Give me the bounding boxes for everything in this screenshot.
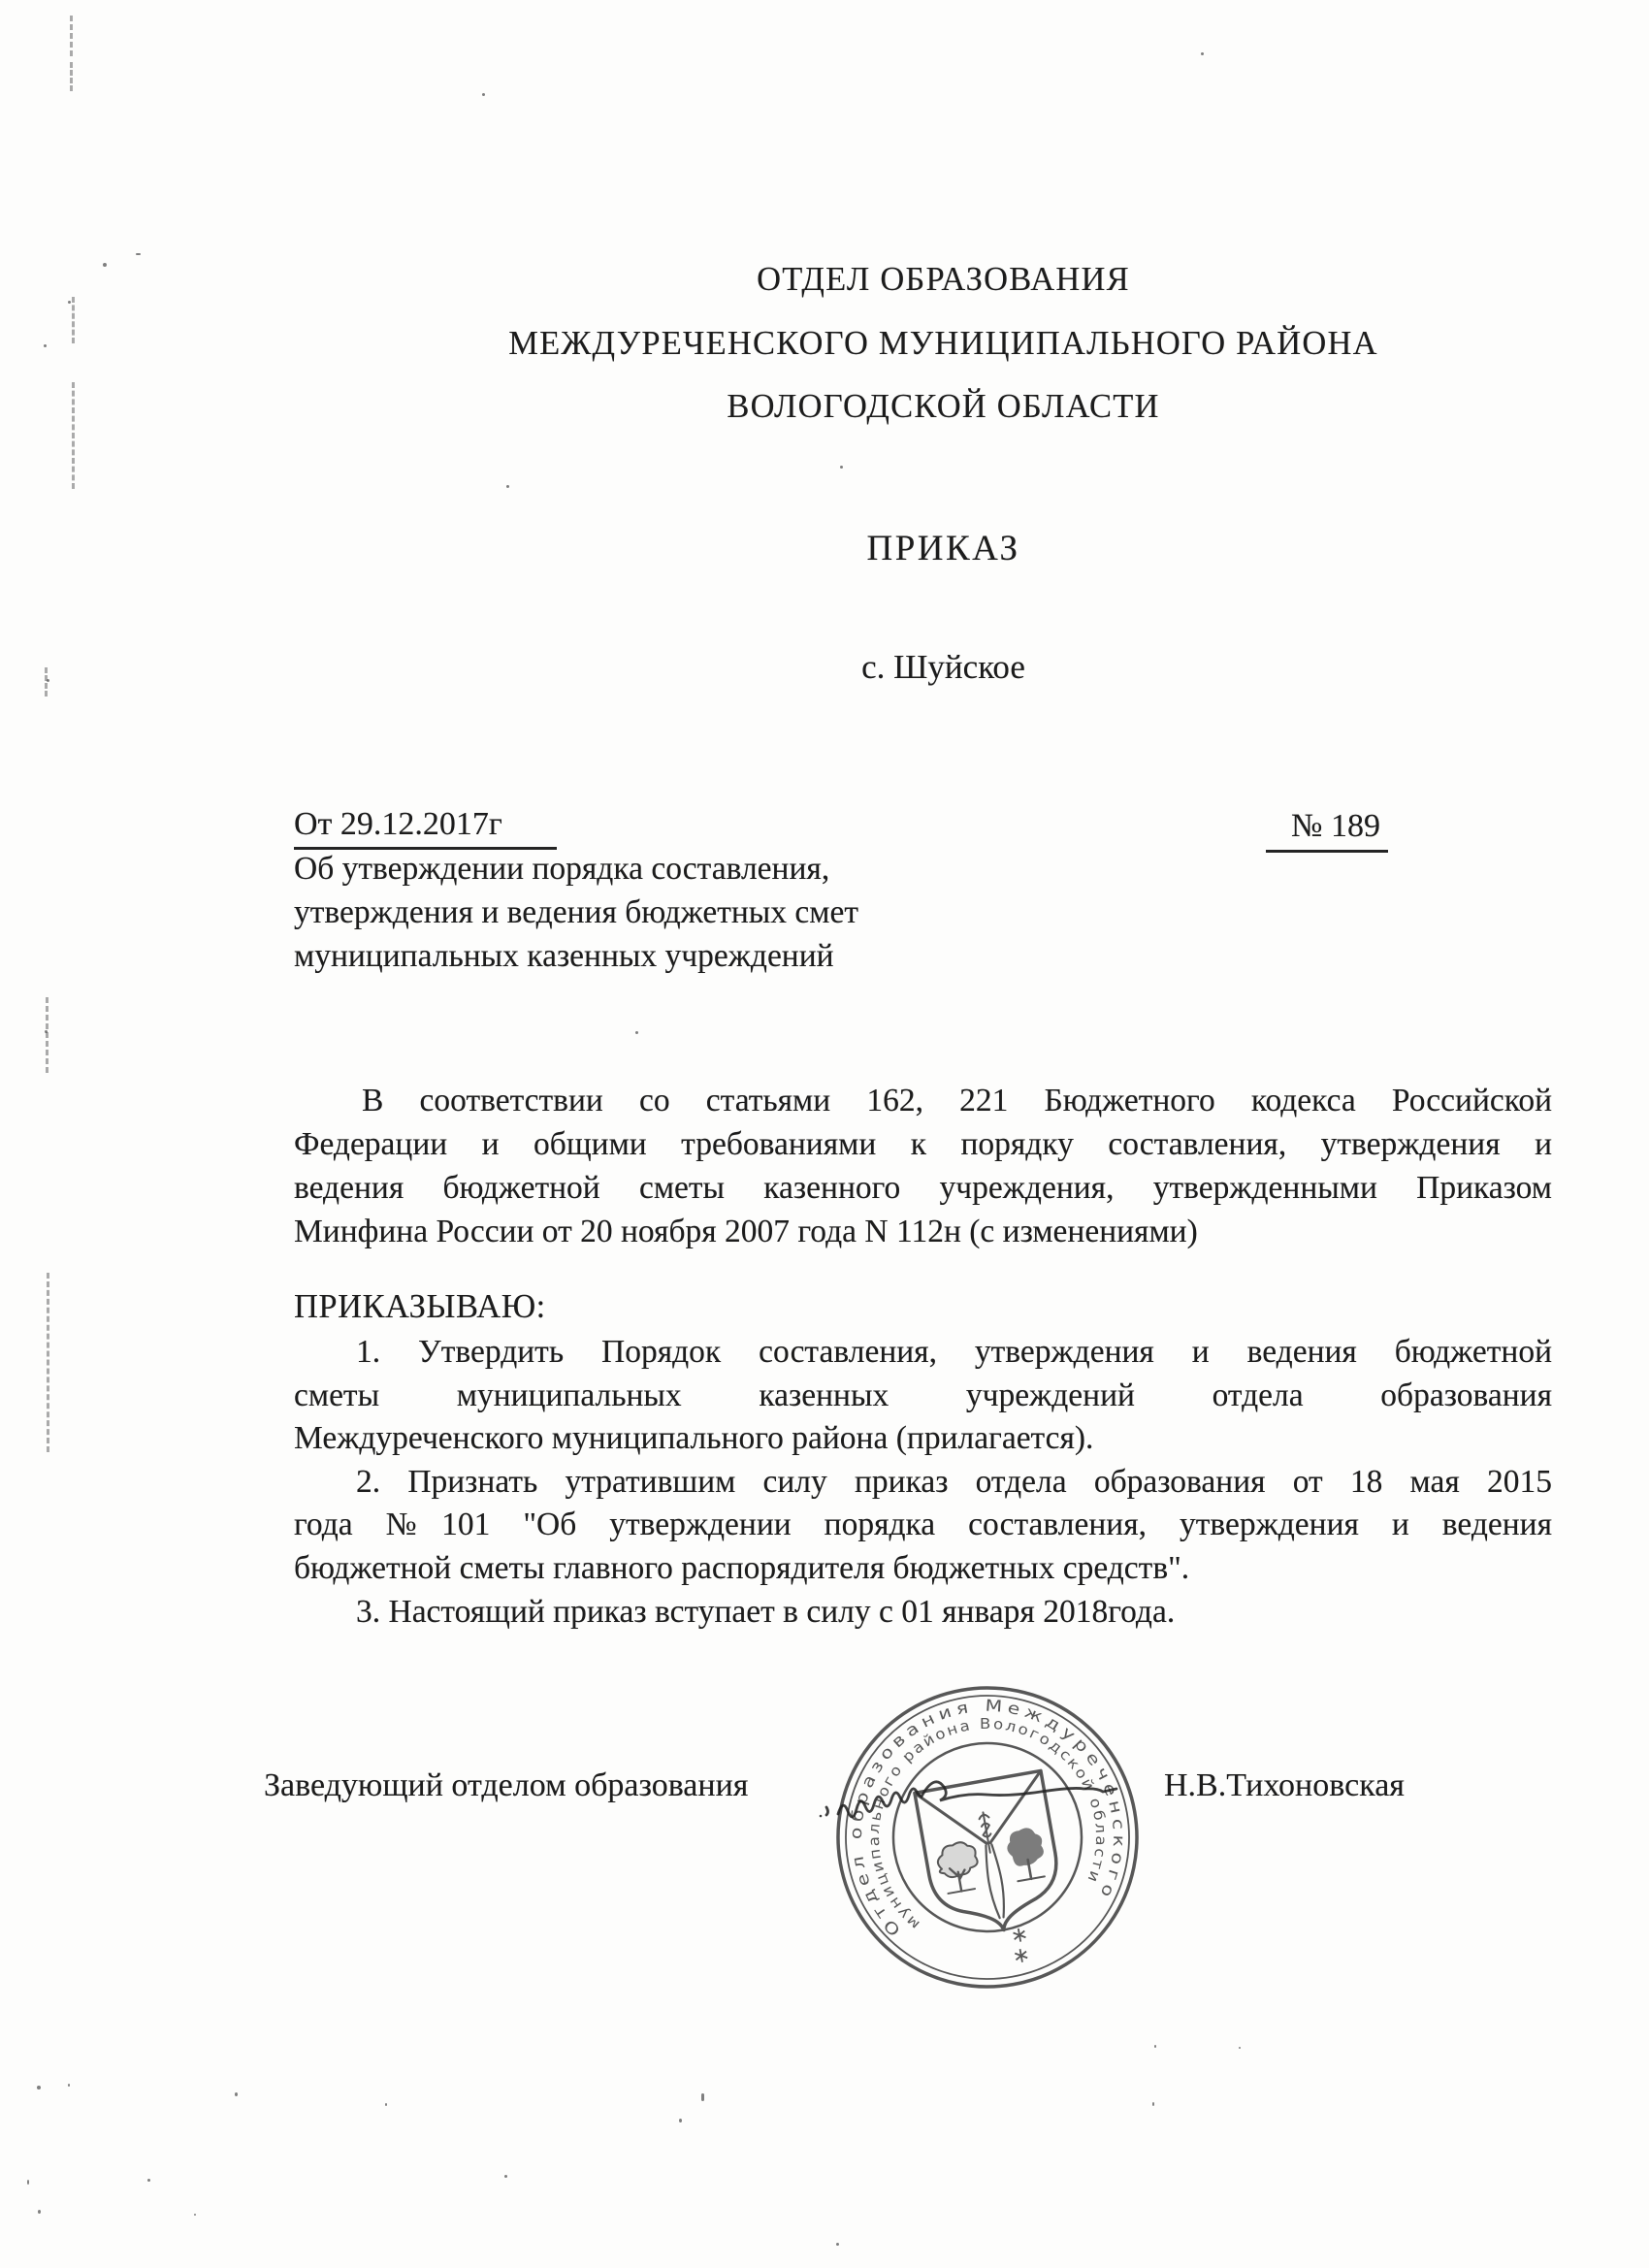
order-number: № 189 — [1266, 808, 1388, 853]
scan-margin-dash — [72, 297, 75, 343]
order-item-line: 2. Признать утратившим силу приказ отдел… — [294, 1461, 1552, 1505]
order-item-line: Междуреченского муниципального района (п… — [294, 1417, 1552, 1461]
scanned-document-page: ОТДЕЛ ОБРАЗОВАНИЯ МЕЖДУРЕЧЕНСКОГО МУНИЦИ… — [0, 0, 1649, 2268]
order-item-line: 3. Настоящий приказ вступает в силу с 01… — [294, 1591, 1552, 1635]
scan-speck — [482, 93, 485, 96]
scan-speck — [47, 679, 49, 682]
scan-speck — [235, 2092, 238, 2096]
scan-speck — [37, 2086, 41, 2090]
scan-speck — [1201, 52, 1204, 55]
order-item-line: 1. Утвердить Порядок составления, утверж… — [294, 1331, 1552, 1375]
order-items: 1. Утвердить Порядок составления, утверж… — [294, 1331, 1552, 1634]
scan-speck — [194, 2214, 196, 2216]
scan-speck — [68, 301, 71, 304]
header-line-2: МЕЖДУРЕЧЕНСКОГО МУНИЦИПАЛЬНОГО РАЙОНА — [291, 312, 1596, 376]
scan-speck — [679, 2119, 682, 2122]
header-line-3: ВОЛОГОДСКОЙ ОБЛАСТИ — [291, 375, 1596, 439]
place-line: с. Шуйское — [291, 648, 1596, 687]
scan-speck — [44, 344, 47, 347]
scan-speck — [103, 263, 107, 267]
scan-speck — [635, 1031, 638, 1034]
subject-line: утверждения и ведения бюджетных смет — [294, 891, 858, 934]
subject-line: Об утверждении порядка составления, — [294, 847, 858, 891]
scan-speck — [147, 2179, 150, 2182]
stamp-star: ∗ — [1011, 1942, 1032, 1969]
doc-type-title: ПРИКАЗ — [291, 528, 1596, 569]
scan-speck — [38, 2210, 41, 2214]
date-line: От 29.12.2017г — [294, 806, 557, 850]
scan-speck — [136, 253, 141, 255]
document-header: ОТДЕЛ ОБРАЗОВАНИЯ МЕЖДУРЕЧЕНСКОГО МУНИЦИ… — [291, 248, 1596, 439]
scan-speck — [701, 2093, 704, 2101]
order-item-line: бюджетной сметы главного распорядителя б… — [294, 1547, 1552, 1591]
preamble-line: В соответствии со статьями 162, 221 Бюдж… — [294, 1079, 1552, 1122]
preamble-paragraph: В соответствии со статьями 162, 221 Бюдж… — [294, 1079, 1552, 1253]
order-item-line: сметы муниципальных казенных учреждений … — [294, 1375, 1552, 1418]
scan-speck — [1152, 2102, 1154, 2106]
signature-name: Н.В.Тихоновская — [1164, 1767, 1405, 1804]
scan-speck — [836, 2243, 839, 2246]
scan-margin-dash — [47, 1273, 49, 1452]
scan-margin-dash — [70, 62, 73, 91]
shield-tree-left — [935, 1840, 982, 1895]
signature-title: Заведующий отделом образования — [264, 1767, 748, 1804]
subject-line: муниципальных казенных учреждений — [294, 934, 858, 978]
header-line-1: ОТДЕЛ ОБРАЗОВАНИЯ — [291, 248, 1596, 312]
subject-block: Об утверждении порядка составления, утве… — [294, 847, 858, 978]
preamble-line: ведения бюджетной сметы казенного учрежд… — [294, 1166, 1552, 1210]
decree-word: ПРИКАЗЫВАЮ: — [294, 1288, 546, 1326]
scan-speck — [1154, 2045, 1156, 2048]
scan-margin-dash — [72, 382, 75, 489]
signature-scribble — [815, 1777, 1164, 1835]
preamble-line: Минфина России от 20 ноября 2007 года N … — [294, 1210, 1552, 1253]
order-item-line: года №101 "Об утверждении порядка состав… — [294, 1504, 1552, 1547]
scan-speck — [27, 2180, 29, 2185]
scan-speck — [506, 485, 509, 488]
scan-speck — [1239, 2047, 1241, 2049]
official-stamp: Отдел образования Междуреченского муници… — [827, 1677, 1148, 1997]
scan-margin-dash — [70, 16, 73, 56]
scan-speck — [68, 2084, 70, 2087]
scan-margin-dash — [46, 997, 48, 1073]
scan-speck — [45, 1030, 48, 1033]
scan-margin-dash — [45, 667, 48, 697]
preamble-line: Федерации и общими требованиями к порядк… — [294, 1122, 1552, 1166]
scan-speck — [385, 2103, 387, 2106]
scan-speck — [504, 2175, 507, 2178]
scan-speck — [840, 466, 843, 469]
